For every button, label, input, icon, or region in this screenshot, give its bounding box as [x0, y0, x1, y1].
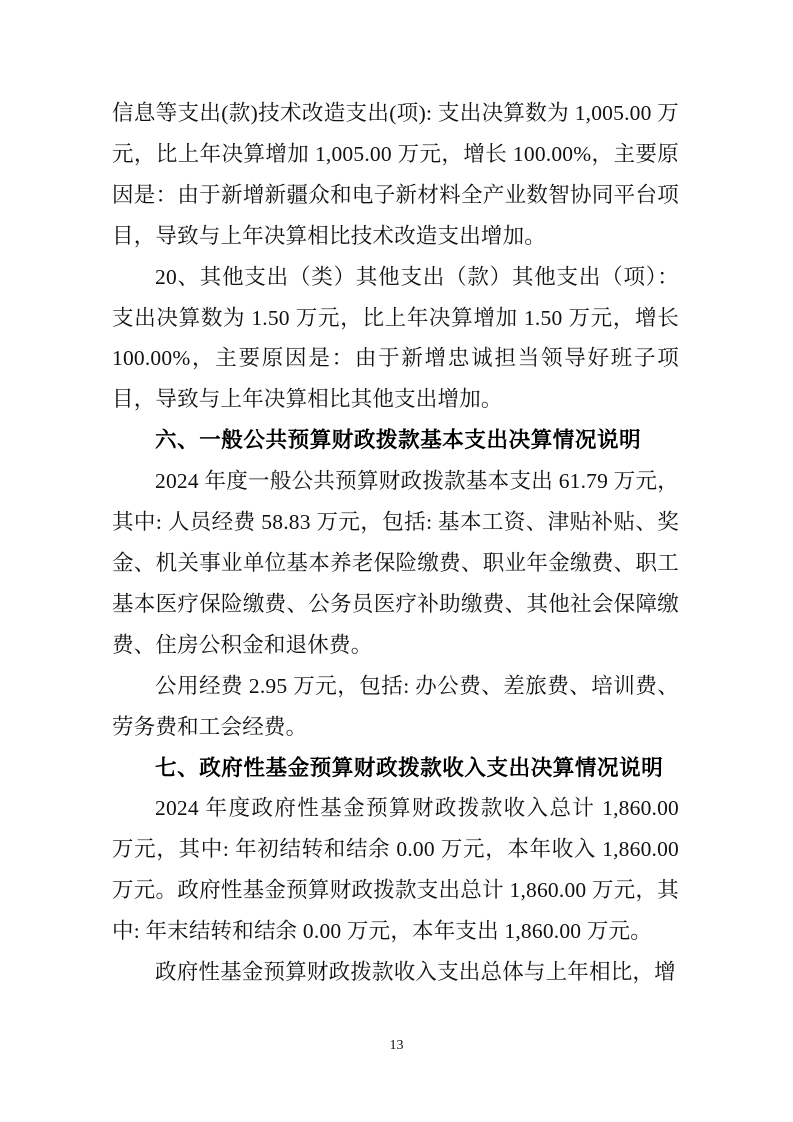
paragraph-gov-fund-budget-detail: 2024 年度政府性基金预算财政拨款收入总计 1,860.00 万元，其中: 年…	[112, 788, 679, 952]
page-number: 13	[390, 1038, 404, 1053]
section-heading-6: 六、一般公共预算财政拨款基本支出决算情况说明	[112, 420, 679, 461]
document-body: 信息等支出(款)技术改造支出(项): 支出决算数为 1,005.00 万元，比上…	[112, 93, 679, 993]
paragraph-public-funds-detail: 公用经费 2.95 万元，包括: 办公费、差旅费、培训费、劳务费和工会经费。	[112, 666, 679, 748]
paragraph-basic-expenditure-detail: 2024 年度一般公共预算财政拨款基本支出 61.79 万元，其中: 人员经费 …	[112, 461, 679, 666]
document-page: 信息等支出(款)技术改造支出(项): 支出决算数为 1,005.00 万元，比上…	[0, 0, 793, 1122]
paragraph-other-expenditure: 20、其他支出（类）其他支出（款）其他支出（项）：支出决算数为 1.50 万元，…	[112, 257, 679, 421]
page-footer: 13	[0, 1036, 793, 1054]
section-heading-7: 七、政府性基金预算财政拨款收入支出决算情况说明	[112, 748, 679, 789]
paragraph-tech-upgrade-expenditure: 信息等支出(款)技术改造支出(项): 支出决算数为 1,005.00 万元，比上…	[112, 93, 679, 257]
paragraph-gov-fund-comparison: 政府性基金预算财政拨款收入支出总体与上年相比，增	[112, 952, 679, 993]
